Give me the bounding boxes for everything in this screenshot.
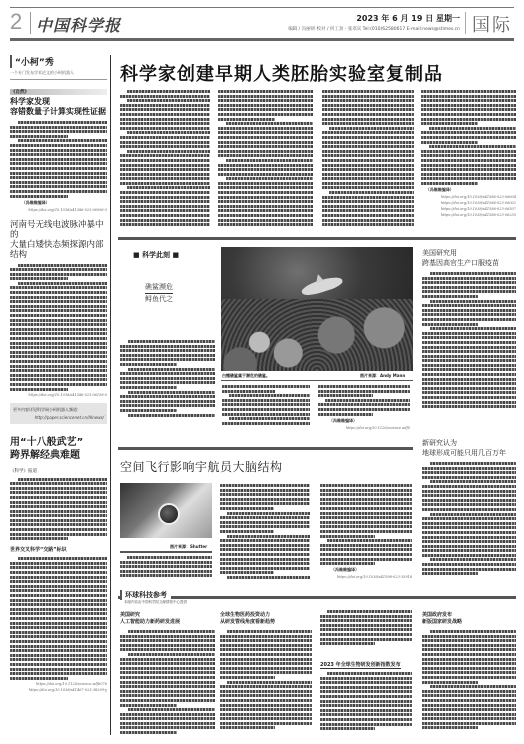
column-rule <box>110 55 111 735</box>
signature: （冯维维编译） <box>426 187 516 193</box>
section-name: 国际 <box>472 11 512 37</box>
second-story-col-3: （冯维维编译） https://doi.org/10.1038/s41598-0… <box>320 484 412 579</box>
section-rule <box>118 447 413 450</box>
article-body <box>10 557 107 679</box>
column-subtitle: 一个专门发布学术论文的小柯机器人 <box>10 70 107 80</box>
science-moment-col-2 <box>222 385 310 426</box>
doi-link[interactable]: https://doi.org/10.1038/s41467-023-38299… <box>10 688 107 692</box>
divider <box>465 12 466 34</box>
tech-article-body <box>320 610 412 647</box>
second-story-headline: 空间飞行影响宇航员大脑结构 <box>120 458 283 475</box>
article-headline: 河南号无线电波脉冲暴中的 大量白矮快态频探源内部结构 <box>10 220 107 260</box>
doi-link[interactable]: https://doi.org/10.1038/s41586-023-06158… <box>10 393 107 397</box>
masthead-rule <box>10 38 514 41</box>
tech-article-headline: 2023 年全球生物研发创新指数发布 <box>320 662 401 669</box>
doi-link[interactable]: https://doi.org/10.1038/s41586-023-06002 <box>421 201 516 205</box>
main-story-col-4: （冯维维编译） https://doi.org/10.1038/s41586-0… <box>421 90 516 217</box>
right-article-body <box>422 462 516 577</box>
caption-rule <box>221 380 413 381</box>
science-moment-col-3: （冯维维编译） https://doi.org/10.1126/science.… <box>318 385 410 430</box>
tech-article-body <box>120 630 215 736</box>
doi-link[interactable]: https://doi.org/10.1038/s41586-023-06096… <box>10 208 107 212</box>
shark-reef-photo <box>221 247 413 371</box>
tech-article-headline: 美国研究 人工智能助力新药研发进展 <box>120 612 180 626</box>
second-story-col-2 <box>220 484 310 580</box>
photo-credit: 图片来源：Shutter <box>170 544 207 550</box>
right-article-headline: 美国研究用 跨基因高官生产口服疫苗 <box>422 248 499 268</box>
main-story-col-3 <box>322 90 414 228</box>
page-number: 2 <box>10 11 22 33</box>
section-rule <box>118 596 516 599</box>
article-body <box>10 264 107 391</box>
global-tech-subtitle: 本版内容由中国科学院文献情报中心提供 <box>124 600 187 605</box>
global-tech-title: 环球科技参考 <box>120 590 171 600</box>
signature: （冯维维编译） <box>331 567 412 573</box>
masthead: 2 中国科学报 2023 年 6 月 19 日 星期一 编辑 / 冯丽妍 校对 … <box>10 8 514 38</box>
doi-link[interactable]: https://doi.org/10.1038/s41586-023-06255 <box>421 213 516 217</box>
contact-line: 编辑 / 冯丽妍 校对 / 何工劲 · 张邓宾 Tel:(010)6258061… <box>288 26 460 32</box>
column-title: “小柯”秀 <box>10 55 107 68</box>
tech-article-body <box>220 630 312 731</box>
main-story-col-2 <box>218 90 313 228</box>
doi-link[interactable]: https://doi.org/10.1126/science.adf6076 <box>10 682 107 686</box>
astronaut-photo <box>120 483 212 538</box>
right-article-body <box>422 272 516 410</box>
sub-heading: 世界交叉科学“交路”标识 <box>10 546 107 553</box>
tech-article-headline: 全球生物医药投资动力 从研发管线角度看新趋势 <box>220 612 275 626</box>
divider <box>30 12 31 34</box>
tech-article-body <box>320 672 412 732</box>
science-moment-body <box>120 340 215 418</box>
section-rule <box>118 237 516 240</box>
caption-rule <box>120 551 212 553</box>
more-url[interactable]: http://paper.sciencenet.cn/AInews/ <box>13 415 104 420</box>
date-line: 2023 年 6 月 19 日 星期一 <box>356 13 460 24</box>
doi-link[interactable]: https://doi.org/10.1038/s41586-023-06507 <box>421 207 516 211</box>
main-headline: 科学家创建早期人类胚胎实验室复制品 <box>120 60 443 86</box>
science-moment-label: ■ 科学此刻 ■ <box>133 250 179 260</box>
more-info-box: 更多内容详见科学网小柯机器人频道： http://paper.sciencene… <box>10 403 107 424</box>
reef-shape <box>221 299 413 371</box>
photo-credit: 图片来源：Andy Mann <box>360 373 405 379</box>
more-label: 更多内容详见科学网小柯机器人频道： <box>13 407 104 413</box>
doi-link[interactable]: https://doi.org/10.1126/science.adf0 <box>318 426 410 430</box>
helmet-shape <box>158 503 180 525</box>
signature: （冯维维编译） <box>329 418 410 424</box>
second-story-col-1 <box>120 556 212 579</box>
photo-caption: 白鳍礁鲨属于濒危的礁鲨。 <box>222 373 270 379</box>
tech-article-headline: 美国政府发布 新版国家研发战略 <box>422 612 462 626</box>
signature: （冯维维编译） <box>22 200 107 206</box>
article-body <box>10 121 107 198</box>
kicker: 《自然》 <box>10 89 107 95</box>
feature-headline: 用“十八般武艺” 跨界解经典难题 <box>10 436 107 462</box>
left-column: “小柯”秀 一个专门发布学术论文的小柯机器人 《自然》 科学家发现 容错数量子计… <box>10 55 107 735</box>
doi-link[interactable]: https://doi.org/10.1038/s41598-023-35918 <box>320 575 412 579</box>
article-headline: 科学家发现 容错数量子计算实现性证据 <box>10 97 107 117</box>
article-body <box>10 478 107 541</box>
right-article-headline: 新研究认为 地球形成可能只用几百万年 <box>422 438 506 458</box>
paper-name: 中国科学报 <box>36 13 121 36</box>
science-moment-title: 礁鲨濒危 鲟鱼代之 <box>145 282 173 304</box>
main-story-col-1 <box>120 90 210 228</box>
doi-link[interactable]: https://doi.org/10.1038/s41586-023-06604 <box>421 195 516 199</box>
tech-article-body <box>422 630 516 731</box>
feature-kicker: 《科学》报道 <box>10 468 107 474</box>
